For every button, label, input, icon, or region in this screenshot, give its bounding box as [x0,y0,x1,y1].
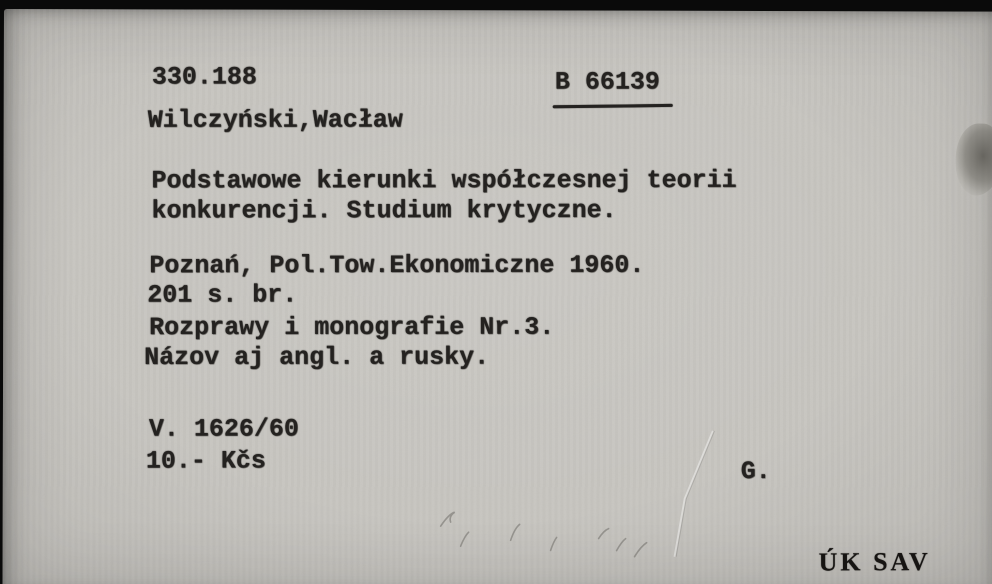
title-line-1: Podstawowe kierunki współczesnej teorii [151,166,736,196]
classification-number: 330.188 [152,62,257,92]
cataloguer-initial: G. [741,457,771,487]
call-number: B 66139 [555,68,660,98]
title-statement: Podstawowe kierunki współczesnej teoriik… [151,166,736,227]
accession-number: V. 1626/60 [149,415,299,445]
language-note: Názov aj angl. a rusky. [144,343,489,373]
collation-statement: 201 s. br. [147,281,297,311]
catalog-card: 330.188 B 66139 Wilczyński,Wacław Podsta… [2,9,992,584]
call-number-underline [553,104,673,108]
imprint-statement: Poznań, Pol.Tow.Ekonomiczne 1960. [149,251,644,281]
library-stamp: ÚK SAV [818,547,930,577]
title-line-2: konkurencji. Studium krytyczne. [152,196,617,225]
ink-stain [956,123,992,195]
pencil-scribble [403,498,663,569]
author-heading: Wilczyński,Wacław [148,106,403,136]
fold-crease [671,429,717,559]
series-note: Rozprawy i monografie Nr.3. [149,313,554,343]
price-note: 10.- Kčs [146,446,266,476]
